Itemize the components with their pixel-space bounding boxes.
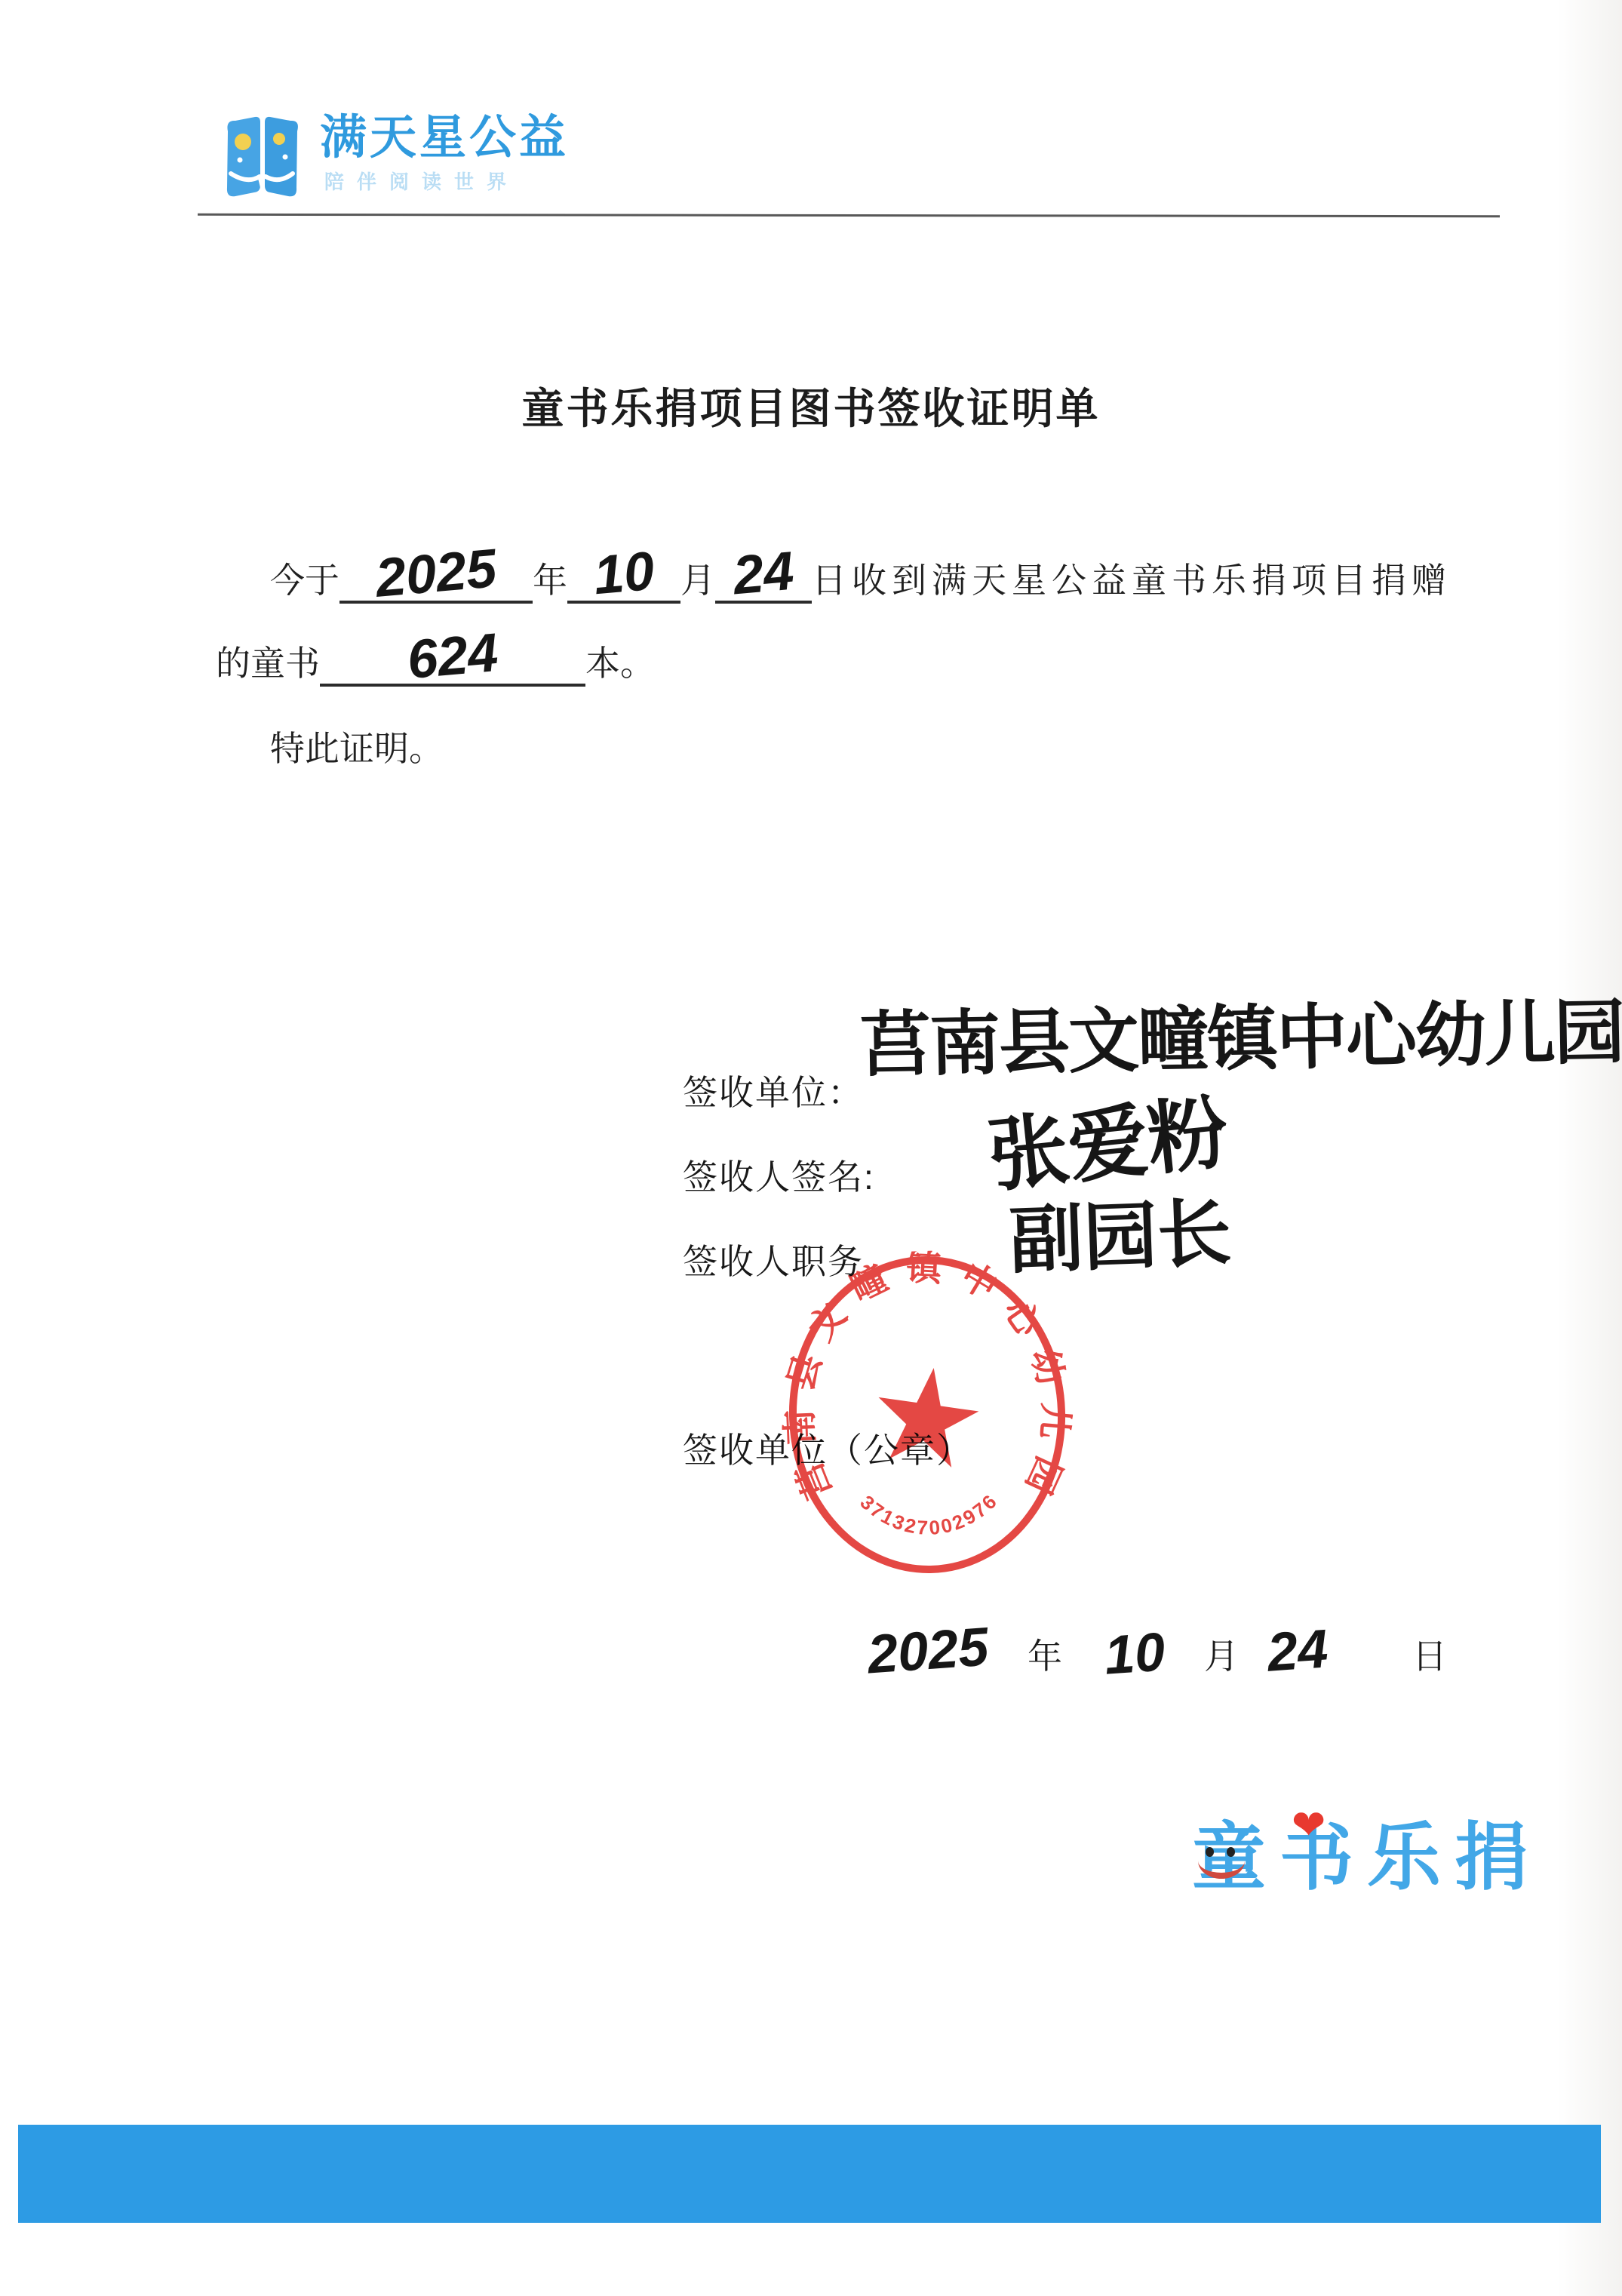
date-year-unit: 年 [1028,1639,1062,1674]
handwritten-month: 10 [591,544,656,604]
brand-tagline: 陪伴阅读世界 [324,172,519,192]
document-title: 童书乐捐项目图书签收证明单 [0,376,1622,436]
certify-statement: 特此证明。 [270,721,444,771]
wordmark-char-le: 乐 [1367,1817,1441,1898]
date-month-unit: 月 [1204,1639,1239,1674]
body-prefix: 今于 [270,557,339,604]
count-blank: 624 [320,638,585,687]
handwritten-day: 24 [731,544,796,604]
open-book-with-stars-icon [217,110,308,202]
seal-star-icon: ★ [858,1337,996,1499]
official-seal-stamp: 莒南县文疃镇中心幼儿园 3713270029765 ★ [776,1246,1079,1583]
month-blank: 10 [567,555,680,604]
body-line-2: 的童书 624 本。 [216,638,655,687]
month-unit: 月 [680,557,715,604]
year-unit: 年 [533,557,567,604]
handwritten-year: 2025 [373,541,499,606]
receiving-unit-label: 签收单位： [683,1065,864,1115]
scanned-receipt-document: 满天星公益 陪伴阅读世界 童书乐捐项目图书签收证明单 今于 2025 年 10 … [0,0,1622,2296]
day-blank: 24 [715,555,812,604]
signer-name-label: 签收人签名: [683,1150,875,1200]
count-prefix: 的童书 [216,640,320,687]
handwritten-receiving-unit: 莒南县文疃镇中心幼儿园 [859,997,1622,1081]
brand-name: 满天星公益 [320,115,569,161]
year-blank: 2025 [339,555,533,604]
bottom-blue-bar [18,2125,1601,2223]
heart-icon: ❤ [1292,1805,1326,1846]
body-after-day: 日收到满天星公益童书乐捐项目捐赠 [812,557,1452,604]
body-line-1: 今于 2025 年 10 月 24 日收到满天星公益童书乐捐项目捐赠 [270,555,1452,604]
wordmark-char-juan: 捐 [1455,1817,1528,1898]
date-day-unit: 日 [1412,1639,1447,1674]
date-year-handwritten: 2025 [866,1620,991,1683]
handwritten-count: 624 [405,625,500,687]
date-month-handwritten: 10 [1103,1624,1167,1683]
project-wordmark: 童 书 乐 捐 ❤ [1192,1817,1528,1898]
handwritten-signer-name: 张爱粉 [985,1093,1231,1197]
date-day-handwritten: 24 [1266,1621,1330,1680]
count-suffix: 本。 [585,640,655,687]
header-divider [198,214,1500,217]
wordmark-char-tong: 童 [1192,1817,1266,1898]
